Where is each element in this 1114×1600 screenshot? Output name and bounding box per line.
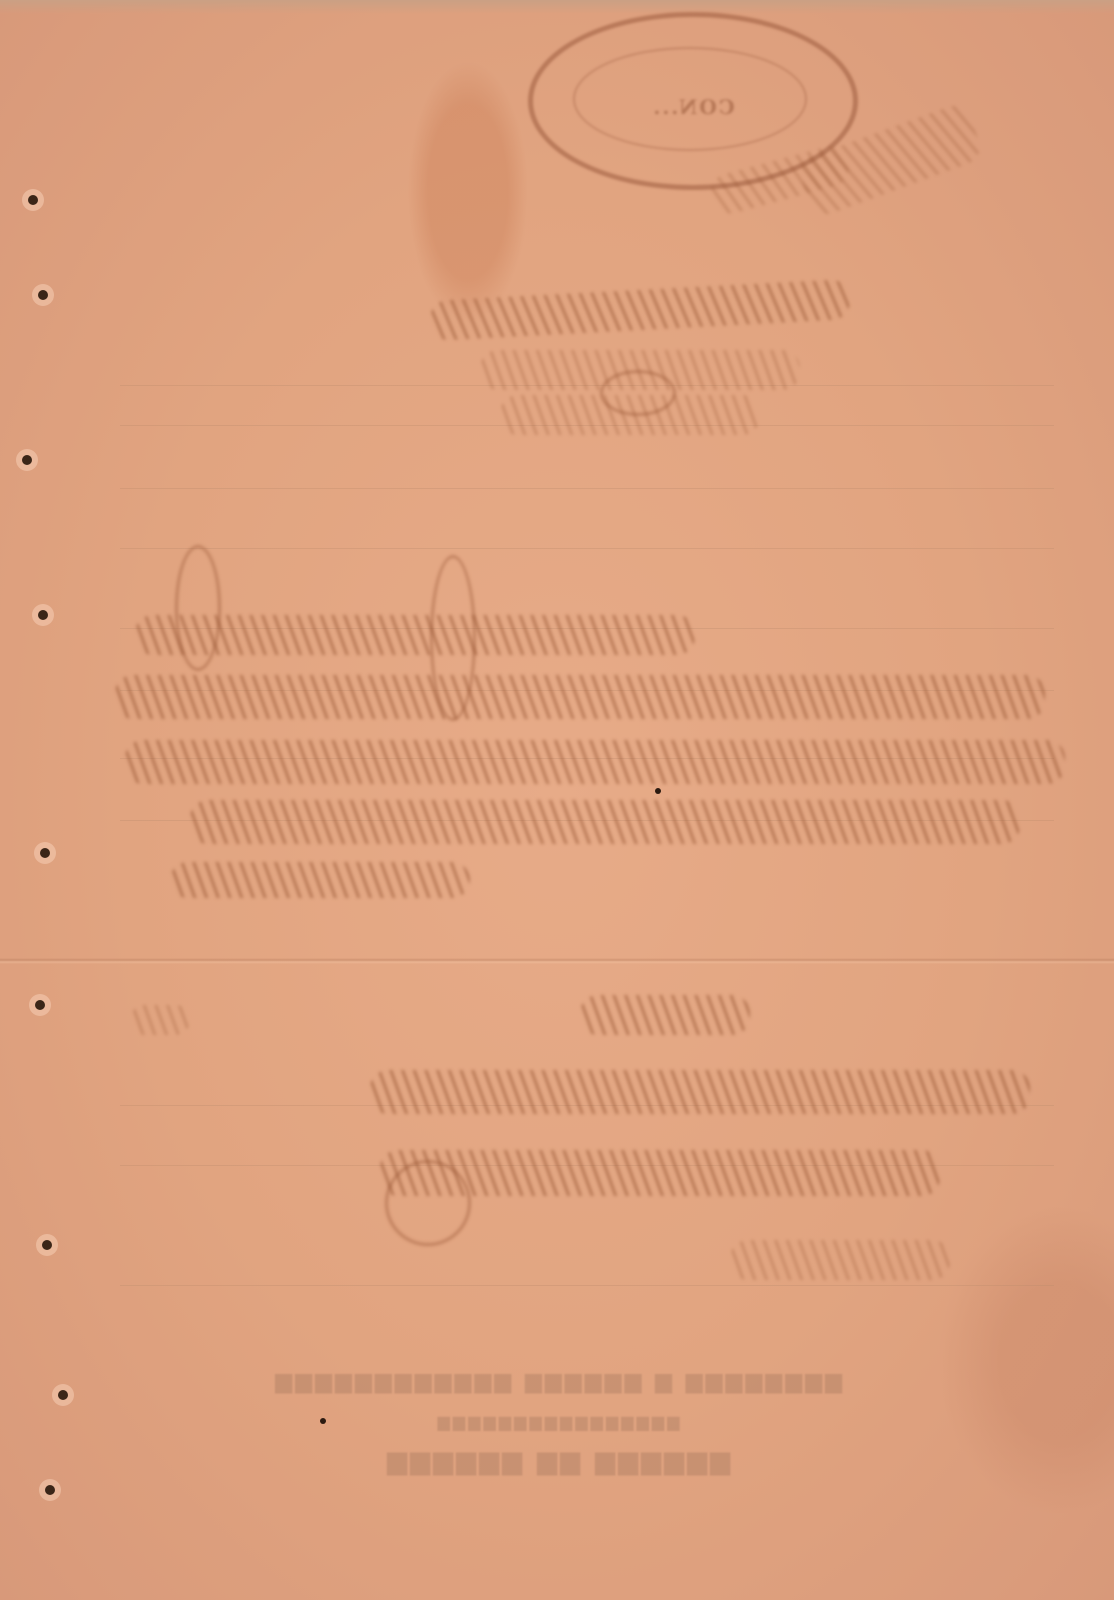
handwriting-loop [600,370,676,416]
handwriting-line [730,1240,950,1280]
handwriting-loop [175,545,221,671]
handwriting-line [580,995,750,1035]
ink-speck [320,1418,326,1424]
handwriting-line [115,675,1045,719]
printed-footer-line: ▆▆▆▆▆▆▆▆▆▆▆▆▆▆▆▆ [0,1412,1114,1431]
handwriting-loop [430,555,476,721]
punch-hole [45,1485,55,1495]
ruled-line [120,548,1054,549]
ink-speck [655,788,661,794]
printed-footer-line: ▆▆▆▆▆▆ ▆▆ ▆▆▆▆▆▆ [0,1446,1114,1476]
document-page: CON... ▆▆▆▆▆▆▆▆ ▆ ▆▆▆▆▆▆ ▆▆▆▆▆▆▆▆▆▆▆▆ ▆▆… [0,0,1114,1600]
ruled-line [120,488,1054,489]
printed-footer-line: ▆▆▆▆▆▆▆▆ ▆ ▆▆▆▆▆▆ ▆▆▆▆▆▆▆▆▆▆▆▆ [0,1368,1114,1394]
handwriting-line [429,279,851,341]
handwriting-line [130,1005,190,1035]
punch-hole [40,848,50,858]
punch-hole [38,610,48,620]
punch-hole [22,455,32,465]
stamp-text: CON... [533,95,853,119]
handwriting-line [170,862,470,898]
punch-hole [35,1000,45,1010]
punch-hole [58,1390,68,1400]
punch-hole [42,1240,52,1250]
handwriting-line [370,1070,1030,1114]
handwriting-line [125,740,1065,784]
torn-top-edge [0,0,1114,14]
ruled-line [120,1285,1054,1286]
punch-hole [38,290,48,300]
punch-hole [28,195,38,205]
handwriting-loop [385,1160,471,1246]
fold-crease [0,958,1114,964]
handwriting-line [190,800,1020,844]
